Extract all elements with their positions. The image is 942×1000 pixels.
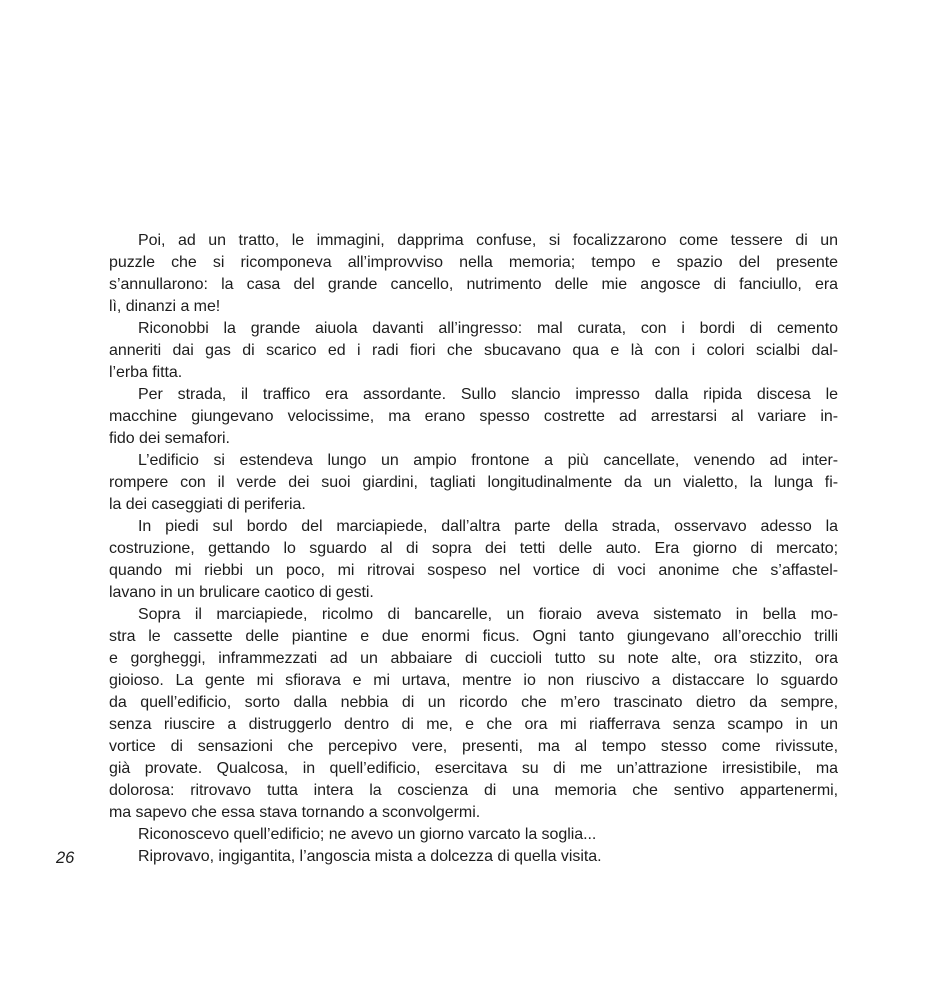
text-line: ma sapevo che essa stava tornando a scon… [109,802,838,824]
book-page: 26 Poi, ad un tratto, le immagini, dappr… [0,0,942,1000]
text-line: senza riuscire a distruggerlo dentro di … [109,714,838,736]
text-line: L’edificio si estendeva lungo un ampio f… [109,450,838,472]
text-line: Per strada, il traffico era assordante. … [109,384,838,406]
text-line: lì, dinanzi a me! [109,296,838,318]
text-line: gioioso. La gente mi sfiorava e mi urtav… [109,670,838,692]
text-line: vortice di sensazioni che percepivo vere… [109,736,838,758]
text-line: già provate. Qualcosa, in quell’edificio… [109,758,838,780]
text-line: puzzle che si ricomponeva all’improvviso… [109,252,838,274]
page-number: 26 [56,847,74,869]
text-line: Riprovavo, ingigantita, l’angoscia mista… [109,846,838,868]
text-line: s’annullarono: la casa del grande cancel… [109,274,838,296]
text-line: dolorosa: ritrovavo tutta intera la cosc… [109,780,838,802]
text-line: e gorgheggi, inframmezzati ad un abbaiar… [109,648,838,670]
text-line: rompere con il verde dei suoi giardini, … [109,472,838,494]
text-block: Poi, ad un tratto, le immagini, dapprima… [109,230,838,868]
text-line: da quell’edificio, sorto dalla nebbia di… [109,692,838,714]
text-line: Riconoscevo quell’edificio; ne avevo un … [109,824,838,846]
text-line: costruzione, gettando lo sguardo al di s… [109,538,838,560]
text-line: stra le cassette delle piantine e due en… [109,626,838,648]
text-line: Riconobbi la grande aiuola davanti all’i… [109,318,838,340]
text-line: macchine giungevano velocissime, ma eran… [109,406,838,428]
text-line: lavano in un brulicare caotico di gesti. [109,582,838,604]
text-line: Poi, ad un tratto, le immagini, dapprima… [109,230,838,252]
text-line: anneriti dai gas di scarico ed i radi fi… [109,340,838,362]
text-line: Sopra il marciapiede, ricolmo di bancare… [109,604,838,626]
text-line: In piedi sul bordo del marciapiede, dall… [109,516,838,538]
text-line: la dei caseggiati di periferia. [109,494,838,516]
text-line: l’erba fitta. [109,362,838,384]
text-line: quando mi riebbi un poco, mi ritrovai so… [109,560,838,582]
text-line: fido dei semafori. [109,428,838,450]
